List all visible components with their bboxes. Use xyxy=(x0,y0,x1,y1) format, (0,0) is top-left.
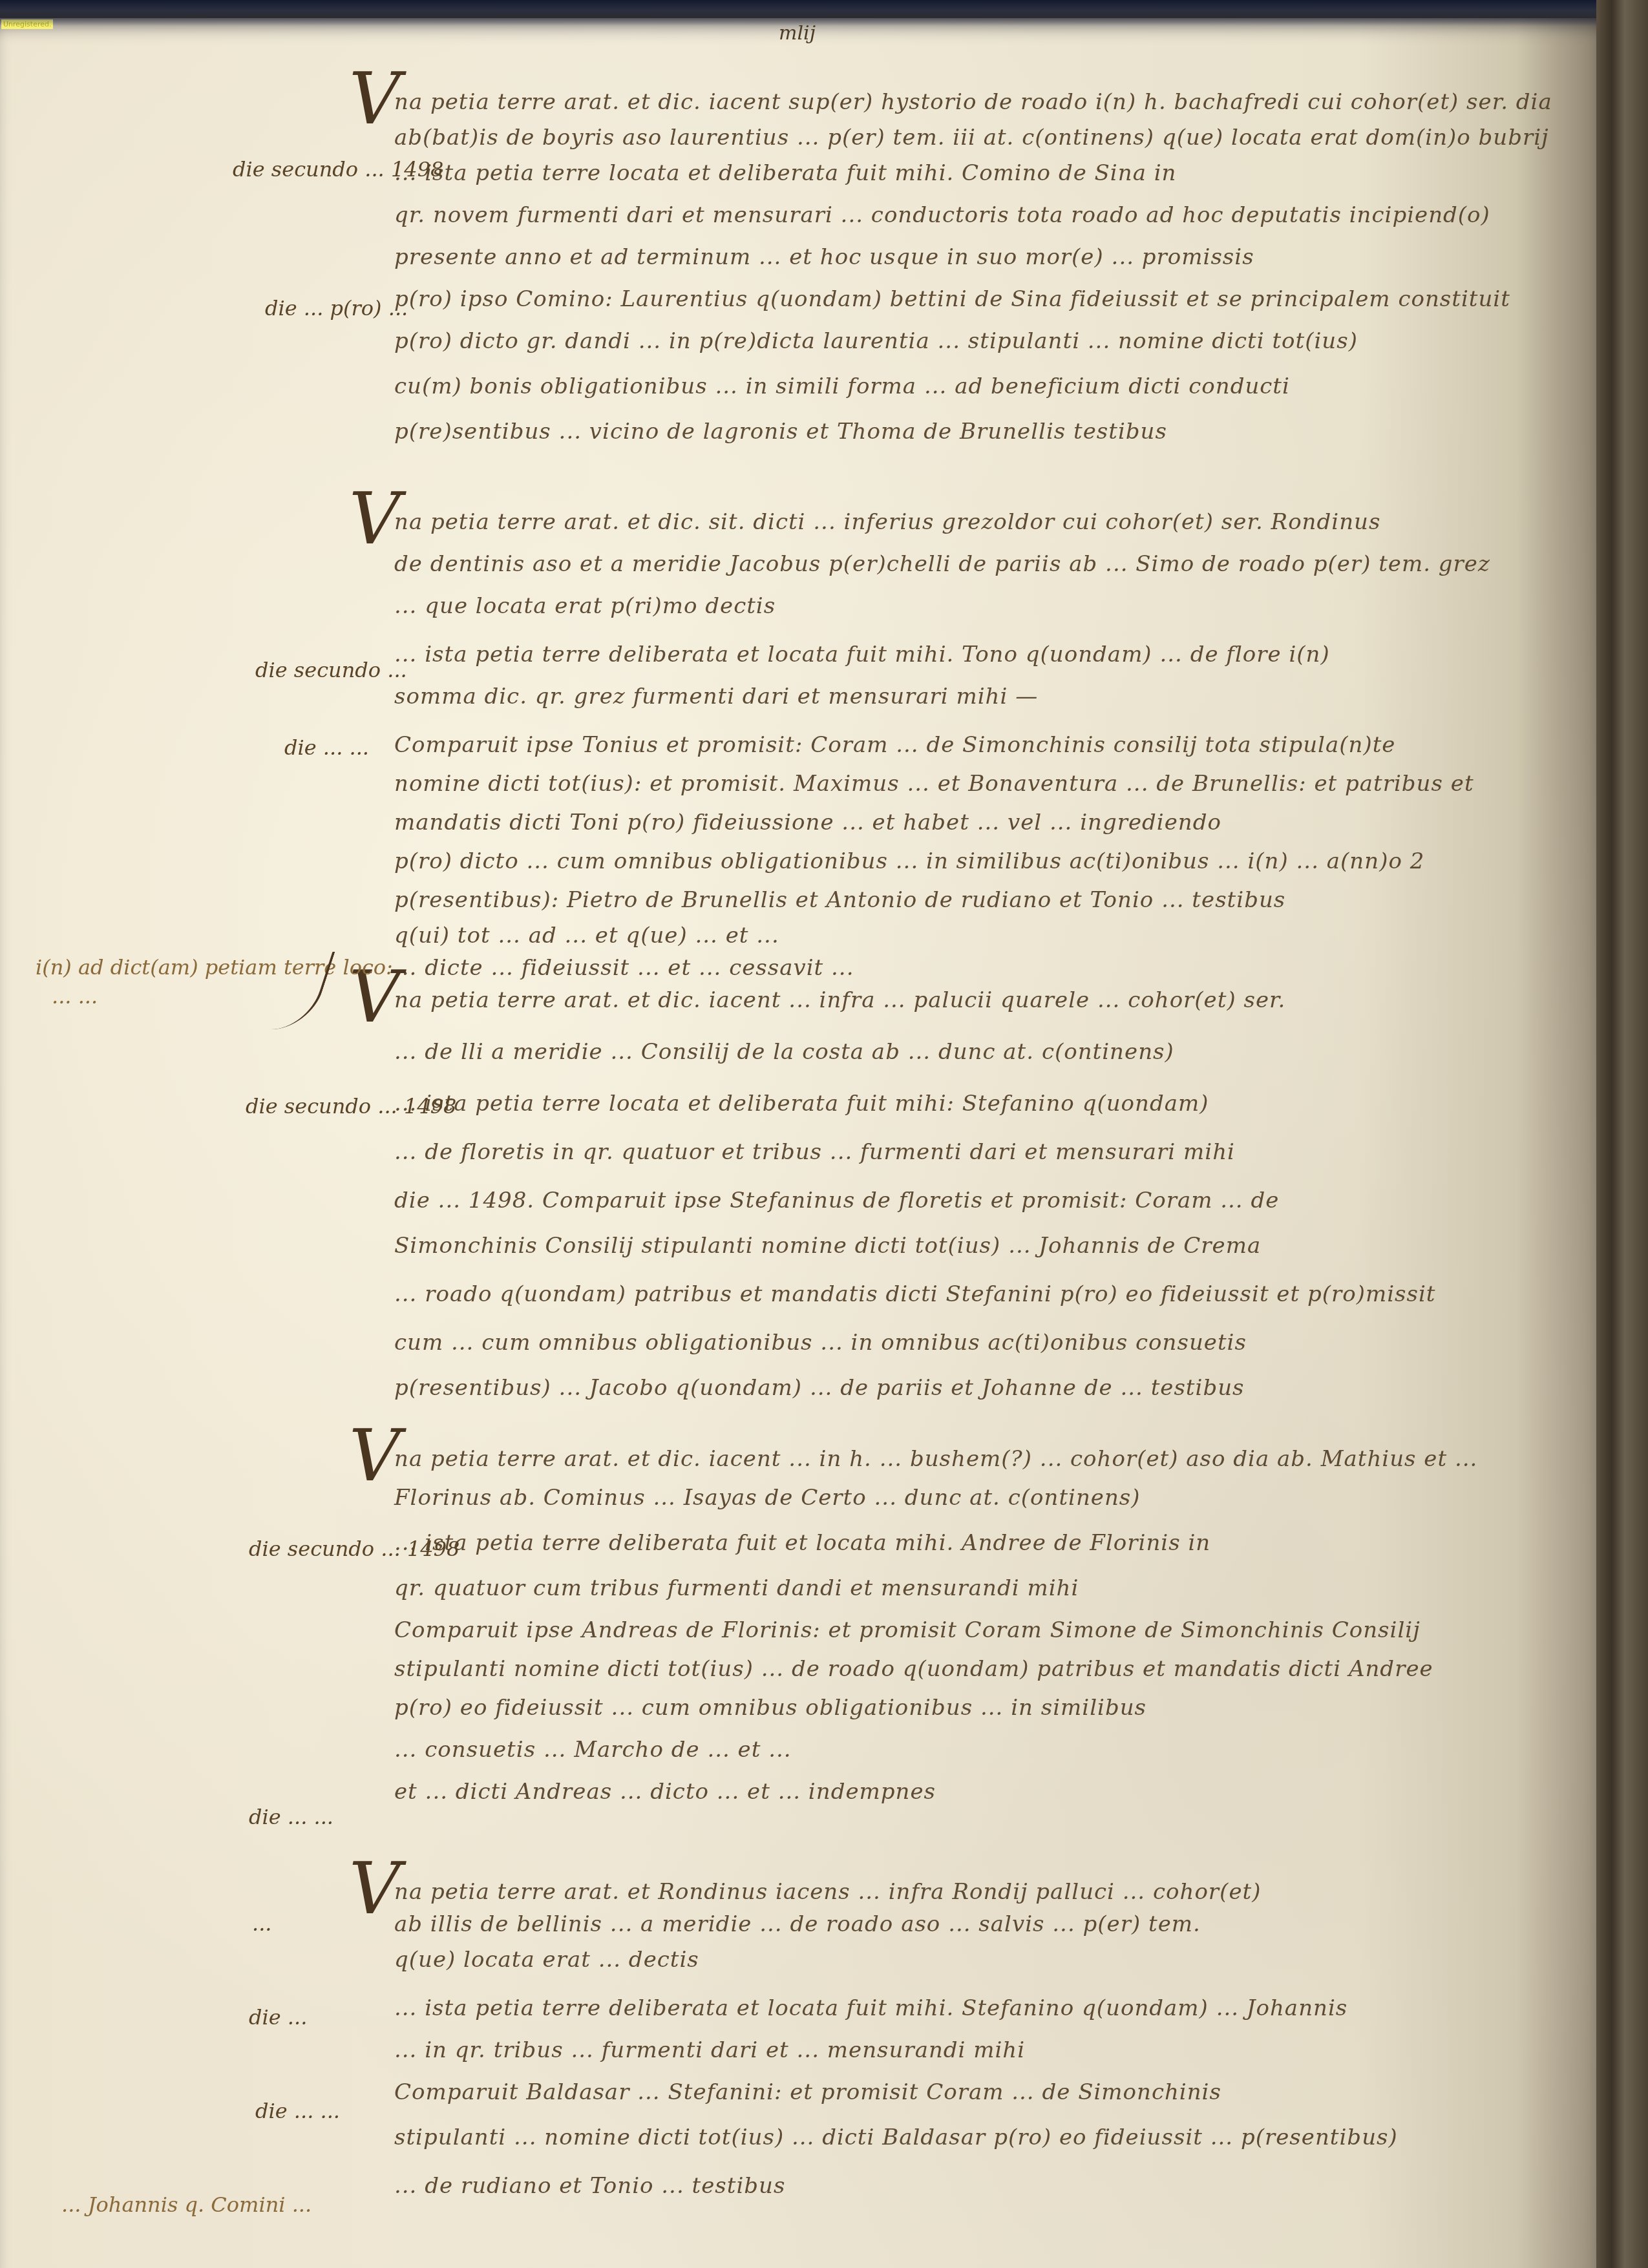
text-line: na petia terre arat. et Rondinus iacens … xyxy=(394,1879,1261,1905)
text-line: mandatis dicti Toni p(ro) fideiussione .… xyxy=(394,810,1221,835)
text-line: ... consuetis ... Marcho de ... et ... xyxy=(394,1737,792,1763)
text-line: die ... 1498. Comparuit ipse Stefaninus … xyxy=(394,1188,1279,1213)
text-line: cum ... cum omnibus obligationibus ... i… xyxy=(394,1330,1247,1356)
decorated-initial: V xyxy=(349,1420,400,1491)
text-line: p(re)sentibus ... vicino de lagronis et … xyxy=(394,419,1167,445)
text-line: ... in qr. tribus ... furmenti dari et .… xyxy=(394,2037,1025,2063)
text-line: ... ista petia terre locata et deliberat… xyxy=(394,1091,1209,1117)
text-line: p(ro) dicto gr. dandi ... in p(re)dicta … xyxy=(394,328,1358,354)
text-line: Comparuit ipse Tonius et promisit: Coram… xyxy=(394,732,1395,758)
text-line: stipulanti ... nomine dicti tot(ius) ...… xyxy=(394,2125,1398,2150)
margin-date-note: die ... p(ro) ... xyxy=(265,296,408,320)
text-line: qr. novem furmenti dari et mensurari ...… xyxy=(394,202,1490,228)
book-gutter xyxy=(1596,0,1648,2268)
text-line: ab illis de bellinis ... a meridie ... d… xyxy=(394,1911,1201,1937)
text-line: qr. quatuor cum tribus furmenti dandi et… xyxy=(394,1575,1079,1601)
decorated-initial: V xyxy=(349,63,400,134)
text-line: p(resentibus) ... Jacobo q(uondam) ... d… xyxy=(394,1375,1245,1401)
text-line: ... dicte ... fideiussit ... et ... cess… xyxy=(394,955,854,981)
text-line: cu(m) bonis obligationibus ... in simili… xyxy=(394,373,1290,399)
text-line: ... que locata erat p(ri)mo dectis xyxy=(394,593,776,619)
text-line: q(ui) tot ... ad ... et q(ue) ... et ... xyxy=(394,923,779,949)
text-line: na petia terre arat. et dic. sit. dicti … xyxy=(394,509,1380,535)
text-line: somma dic. qr. grez furmenti dari et men… xyxy=(394,684,1038,709)
text-line: p(ro) dicto ... cum omnibus obligationib… xyxy=(394,848,1424,874)
margin-date-note: die secundo ... 1498 xyxy=(249,1537,460,1561)
text-line: ... de rudiano et Tonio ... testibus xyxy=(394,2173,785,2199)
margin-date-note: die ... xyxy=(249,2005,307,2030)
text-line: q(ue) locata erat ... dectis xyxy=(394,1947,699,1973)
text-line: presente anno et ad terminum ... et hoc … xyxy=(394,244,1254,270)
margin-date-note: die secundo ... 1498 xyxy=(233,157,443,182)
text-line: na petia terre arat. et dic. iacent sup(… xyxy=(394,89,1552,115)
text-line: Simonchinis Consilij stipulanti nomine d… xyxy=(394,1233,1261,1259)
text-line: Comparuit Baldasar ... Stefanini: et pro… xyxy=(394,2079,1221,2105)
text-line: na petia terre arat. et dic. iacent ... … xyxy=(394,987,1285,1013)
text-line: ... ista petia terre locata et deliberat… xyxy=(394,160,1177,186)
decorated-initial: V xyxy=(349,483,400,554)
text-line: ab(bat)is de boyris aso laurentius ... p… xyxy=(394,125,1549,151)
margin-date-note: die ... ... xyxy=(249,1805,333,1829)
margin-date-note: ... xyxy=(252,1911,272,1936)
text-line: ... roado q(uondam) patribus et mandatis… xyxy=(394,1281,1436,1307)
text-line: ... de floretis in qr. quatuor et tribus… xyxy=(394,1139,1235,1165)
text-line: ... de lli a meridie ... Consilij de la … xyxy=(394,1039,1174,1065)
margin-annotation: ... Johannis q. Comini ... xyxy=(61,2192,312,2217)
text-line: stipulanti nomine dicti tot(ius) ... de … xyxy=(394,1656,1433,1682)
text-line: na petia terre arat. et dic. iacent ... … xyxy=(394,1446,1477,1472)
margin-annotation: i(n) ad dict(am) petiam terre loco: xyxy=(36,955,393,980)
scan-top-shadow xyxy=(0,0,1648,26)
text-line: Comparuit ipse Andreas de Florinis: et p… xyxy=(394,1617,1421,1643)
text-line: ... ista petia terre deliberata et locat… xyxy=(394,1995,1347,2021)
margin-date-note: die ... ... xyxy=(284,735,369,760)
manuscript-page: Unregistered. mlij V na petia terre arat… xyxy=(0,18,1596,2268)
text-line: ... ista petia terre deliberata et locat… xyxy=(394,642,1330,667)
decorated-initial: V xyxy=(349,1853,400,1924)
text-line: et ... dicti Andreas ... dicto ... et ..… xyxy=(394,1779,936,1805)
text-line: p(resentibus): Pietro de Brunellis et An… xyxy=(394,887,1285,913)
margin-annotation: ... ... xyxy=(52,984,98,1009)
margin-date-note: die secundo ... 1498 xyxy=(246,1094,456,1118)
text-line: ... ista petia terre deliberata fuit et … xyxy=(394,1530,1210,1556)
text-line: p(ro) eo fideiussit ... cum omnibus obli… xyxy=(394,1695,1146,1721)
text-line: de dentinis aso et a meridie Jacobus p(e… xyxy=(394,551,1490,577)
text-line: Florinus ab. Cominus ... Isayas de Certo… xyxy=(394,1485,1141,1511)
margin-date-note: die secundo ... xyxy=(255,658,407,682)
text-line: p(ro) ipso Comino: Laurentius q(uondam) … xyxy=(394,286,1510,312)
margin-date-note: die ... ... xyxy=(255,2099,340,2123)
text-line: nomine dicti tot(ius): et promisit. Maxi… xyxy=(394,771,1474,797)
